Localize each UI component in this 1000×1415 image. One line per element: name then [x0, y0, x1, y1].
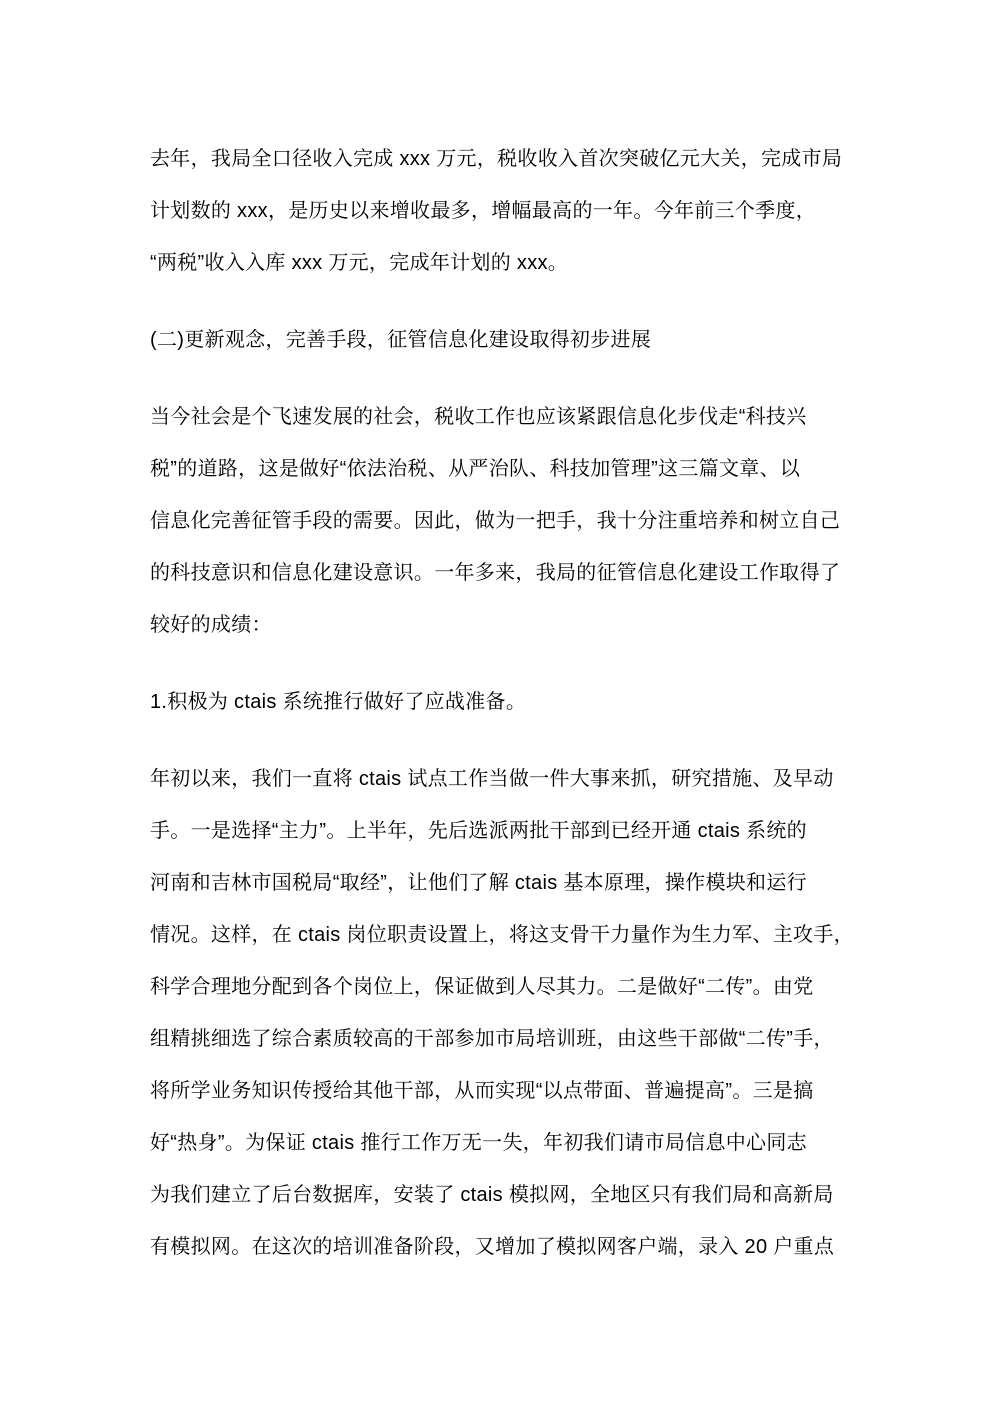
text-line: 将所学业务知识传授给其他干部，从而实现“以点带面、普遍提高”。三是搞 — [150, 1065, 852, 1117]
text-line: 情况。这样，在 ctais 岗位职责设置上，将这支骨干力量作为生力军、主攻手， — [150, 909, 852, 961]
text-line: 当今社会是个飞速发展的社会，税收工作也应该紧跟信息化步伐走“科技兴 — [150, 391, 852, 443]
text-line: (二)更新观念，完善手段，征管信息化建设取得初步进展 — [150, 314, 852, 366]
text-line: 1.积极为 ctais 系统推行做好了应战准备。 — [150, 676, 852, 728]
text-line: 的科技意识和信息化建设意识。一年多来，我局的征管信息化建设工作取得了 — [150, 547, 852, 599]
text-line: 年初以来，我们一直将 ctais 试点工作当做一件大事来抓，研究措施、及早动 — [150, 753, 852, 805]
paragraph: 去年，我局全口径收入完成 xxx 万元，税收收入首次突破亿元大关，完成市局 计划… — [150, 133, 852, 289]
text-line: “两税”收入入库 xxx 万元，完成年计划的 xxx。 — [150, 237, 852, 289]
text-line: 有模拟网。在这次的培训准备阶段，又增加了模拟网客户端，录入 20 户重点 — [150, 1221, 852, 1273]
text-line: 手。一是选择“主力”。上半年，先后选派两批干部到已经开通 ctais 系统的 — [150, 805, 852, 857]
text-line: 为我们建立了后台数据库，安装了 ctais 模拟网，全地区只有我们局和高新局 — [150, 1169, 852, 1221]
text-line: 去年，我局全口径收入完成 xxx 万元，税收收入首次突破亿元大关，完成市局 — [150, 133, 852, 185]
document-page: 去年，我局全口径收入完成 xxx 万元，税收收入首次突破亿元大关，完成市局 计划… — [0, 0, 1000, 1415]
paragraph-section-heading: (二)更新观念，完善手段，征管信息化建设取得初步进展 — [150, 314, 852, 366]
paragraph-numbered-heading: 1.积极为 ctais 系统推行做好了应战准备。 — [150, 676, 852, 728]
text-line: 计划数的 xxx，是历史以来增收最多，增幅最高的一年。今年前三个季度， — [150, 185, 852, 237]
text-line: 信息化完善征管手段的需要。因此，做为一把手，我十分注重培养和树立自己 — [150, 495, 852, 547]
text-line: 组精挑细选了综合素质较高的干部参加市局培训班，由这些干部做“二传”手， — [150, 1013, 852, 1065]
text-line: 较好的成绩： — [150, 599, 852, 651]
text-line: 好“热身”。为保证 ctais 推行工作万无一失，年初我们请市局信息中心同志 — [150, 1117, 852, 1169]
text-line: 河南和吉林市国税局“取经”，让他们了解 ctais 基本原理，操作模块和运行 — [150, 857, 852, 909]
paragraph: 当今社会是个飞速发展的社会，税收工作也应该紧跟信息化步伐走“科技兴 税”的道路，… — [150, 391, 852, 651]
text-line: 科学合理地分配到各个岗位上，保证做到人尽其力。二是做好“二传”。由党 — [150, 961, 852, 1013]
text-line: 税”的道路，这是做好“依法治税、从严治队、科技加管理”这三篇文章、以 — [150, 443, 852, 495]
paragraph: 年初以来，我们一直将 ctais 试点工作当做一件大事来抓，研究措施、及早动 手… — [150, 753, 852, 1273]
